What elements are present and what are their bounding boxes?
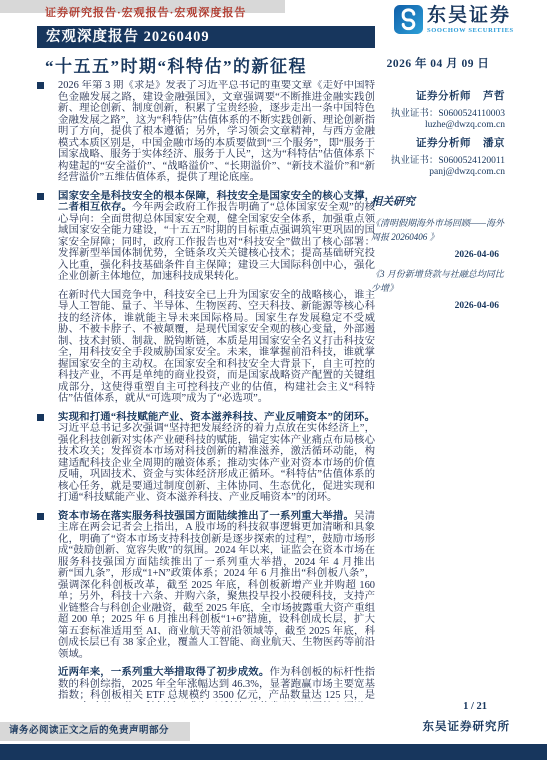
summary-paragraph: 资本市场在落实服务科技强国方面陆续推出了一系列重大举措。吴清主席在两会记者会上指…	[37, 511, 375, 661]
paragraph-text: 在新时代大国竞争中，科技安全已上升为国家安全的战略核心，谁主导人工智能、量子、半…	[58, 290, 375, 405]
paragraph-text: 习近平总书记多次强调“坚持把发展经济的着力点放在实体经济上”，强化科技创新对实体…	[58, 423, 375, 503]
soochow-securities-logo: 东吴证券 SOOCHOW SECURITIES	[394, 5, 514, 34]
report-sidebar: 2026 年 04 月 09 日 证券分析师芦哲 执业证书：S060052411…	[371, 55, 505, 311]
analyst-license: 执业证书：S0600524120011	[371, 152, 505, 166]
analyst-email: panj@dwzq.com.cn	[371, 167, 505, 177]
report-date: 2026 年 04 月 09 日	[371, 55, 505, 71]
summary-paragraph: 国家安全是科技安全的根本保障，科技安全是国家安全的核心支撑，二者相互依存。今年两…	[37, 191, 375, 283]
paragraph-lead: 实现和打通“科技赋能产业、资本滋养科技、产业反哺资本”的闭环。	[58, 412, 375, 423]
bullet-square-icon	[37, 513, 44, 520]
analyst-license: 执业证书：S0600524110003	[371, 105, 505, 119]
related-research-heading: 相关研究	[371, 193, 505, 209]
summary-paragraph: 实现和打通“科技赋能产业、资本滋养科技、产业反哺资本”的闭环。习近平总书记多次强…	[37, 412, 375, 504]
disclaimer-notice: 请务必阅读正文之后的免责声明部分	[0, 722, 190, 741]
bullet-square-icon	[37, 414, 44, 421]
report-page: 证券研究报告·宏观报告·宏观深度报告 东吴证券 SOOCHOW SECURITI…	[0, 0, 547, 760]
page-title: “十五五”时期“科特估”的新征程	[45, 52, 307, 77]
related-research-date: 2026-04-06	[371, 301, 505, 311]
related-research-title: 《清明假期海外市场回顾——海外周报 20260406 》	[371, 217, 505, 244]
page-number: 1 / 21	[463, 701, 487, 712]
logo-cn-text: 东吴证券	[427, 5, 514, 27]
paragraph-text: 吴清主席在两会记者会上指出，A 股市场的科技叙事逻辑更加清晰和具象化，明确了“资…	[58, 511, 375, 660]
analysts-block: 证券分析师芦哲 执业证书：S0600524110003 luzhe@dwzq.c…	[371, 88, 505, 177]
paragraph-lead: 近两年来，一系列重大举措取得了初步成效。	[58, 667, 269, 678]
paragraph-text: 今年两会政府工作报告明确了“总体国家安全观”的核心导向：全面贯彻总体国家安全观，…	[58, 202, 375, 282]
related-research-title: 《3 月份新增贷款与社融总均同比少增》	[371, 268, 505, 295]
related-research-item: 《清明假期海外市场回顾——海外周报 20260406 》 2026-04-06	[371, 217, 505, 260]
analyst-entry: 证券分析师潘京 执业证书：S0600524120011 panj@dwzq.co…	[371, 135, 505, 177]
report-tag-bar: 宏观深度报告 20260409	[37, 26, 375, 48]
bullet-square-icon	[37, 82, 44, 89]
research-institute-label: 东吴证券研究所	[423, 718, 511, 734]
report-category-breadcrumb: 证券研究报告·宏观报告·宏观深度报告	[45, 4, 246, 20]
related-research-date: 2026-04-06	[371, 250, 505, 260]
paragraph-lead: 资本市场在落实服务科技强国方面陆续推出了一系列重大举措。	[58, 511, 354, 522]
bottom-navy-bar	[0, 744, 547, 760]
paragraph-text: 2026 年第 3 期《求是》发表了习近平总书记的重要文章《走好中国特色金融发展…	[58, 80, 375, 183]
logo-en-text: SOOCHOW SECURITIES	[427, 27, 514, 34]
analyst-email: luzhe@dwzq.com.cn	[371, 120, 505, 130]
analyst-entry: 证券分析师芦哲 执业证书：S0600524110003 luzhe@dwzq.c…	[371, 88, 505, 130]
summary-paragraph: 2026 年第 3 期《求是》发表了习近平总书记的重要文章《走好中国特色金融发展…	[37, 80, 375, 184]
analyst-role-name: 证券分析师芦哲	[371, 88, 505, 103]
report-body: 2026 年第 3 期《求是》发表了习近平总书记的重要文章《走好中国特色金融发展…	[37, 80, 375, 702]
related-research-block: 相关研究 《清明假期海外市场回顾——海外周报 20260406 》 2026-0…	[371, 193, 505, 311]
bullet-square-icon	[37, 193, 44, 200]
related-research-item: 《3 月份新增贷款与社融总均同比少增》 2026-04-06	[371, 268, 505, 311]
soochow-logo-icon	[394, 5, 423, 34]
analyst-role-name: 证券分析师潘京	[371, 135, 505, 150]
summary-paragraph: 近两年来，一系列重大举措取得了初步成效。作为科创板的标杆性指数的科创综指，202…	[37, 667, 375, 702]
summary-paragraph: 在新时代大国竞争中，科技安全已上升为国家安全的战略核心，谁主导人工智能、量子、半…	[37, 290, 375, 405]
